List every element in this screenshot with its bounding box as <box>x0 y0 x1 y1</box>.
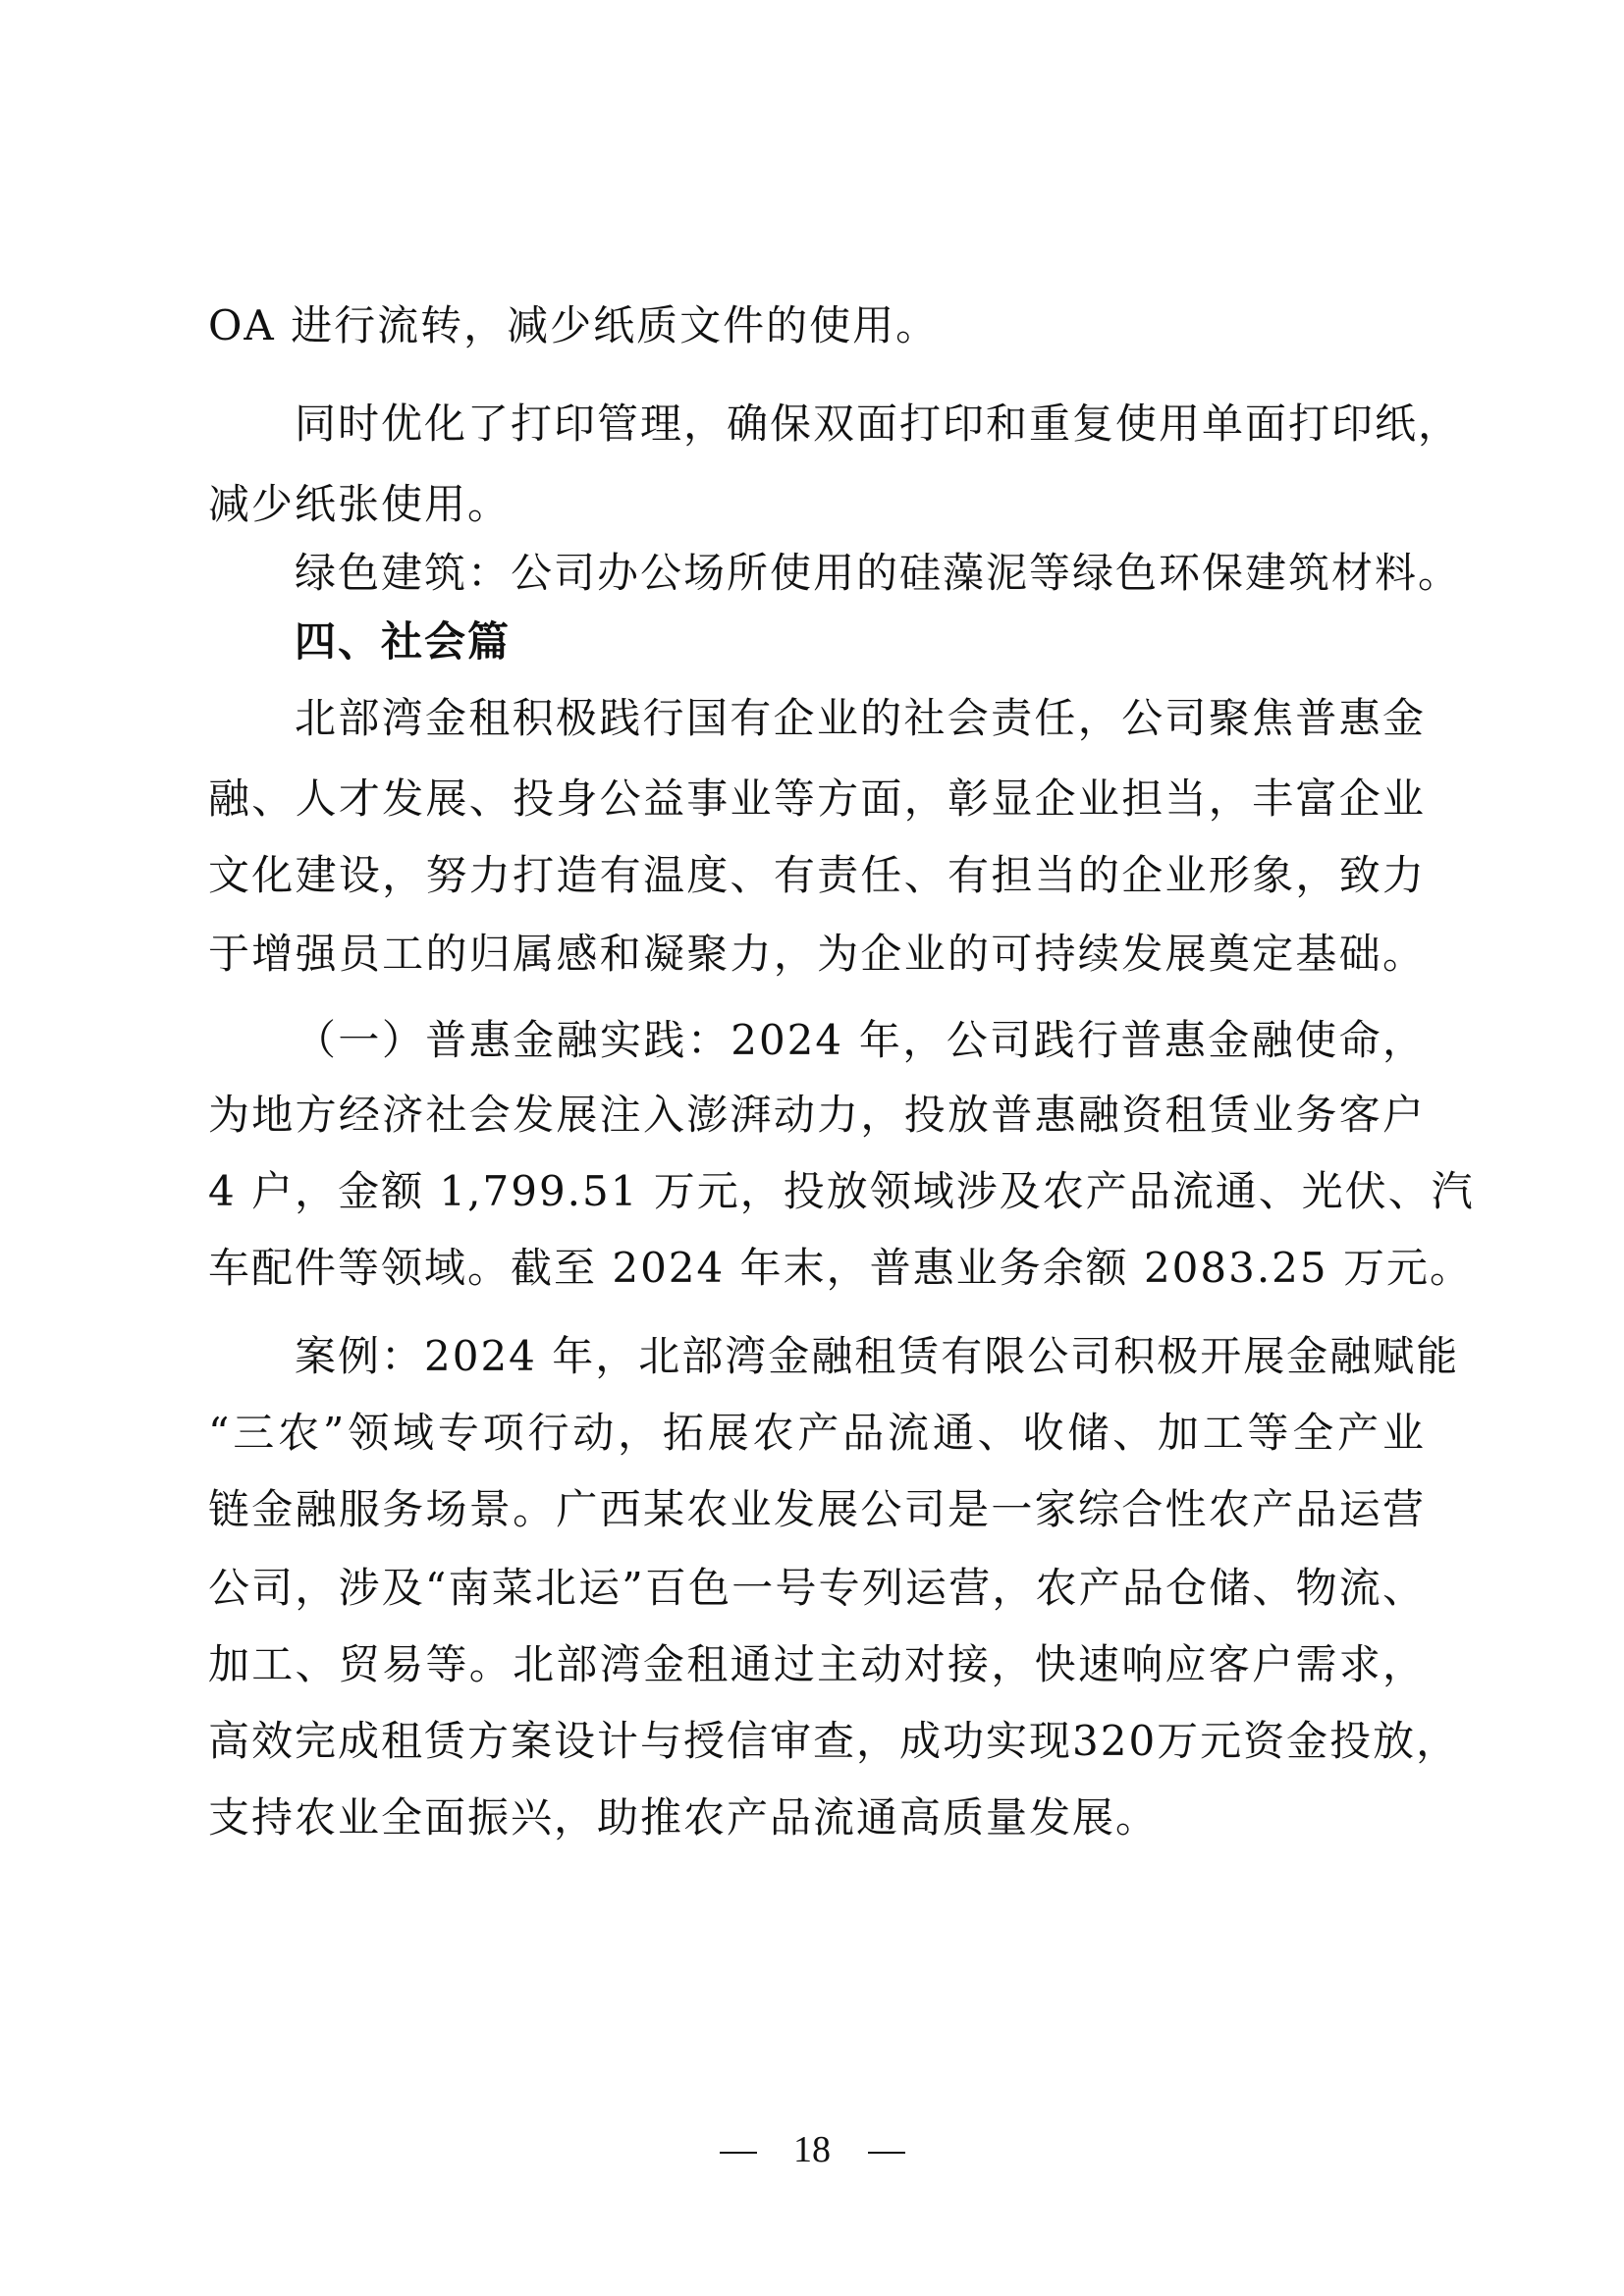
document-page: OA 进行流转，减少纸质文件的使用。同时优化了打印管理，确保双面打印和重复使用单… <box>0 0 1624 2296</box>
footer-dash-left <box>720 2152 757 2154</box>
footer-dash-right <box>868 2152 905 2154</box>
text-line: 支持农业全面振兴，助推农产品流通高质量发展。 <box>208 1790 1426 1845</box>
text-line: 为地方经济社会发展注入澎湃动力，投放普惠融资租赁业务客户 <box>208 1088 1426 1143</box>
text-line: 案例：2024 年，北部湾金融租赁有限公司积极开展金融赋能 <box>295 1329 1426 1384</box>
text-line: （一）普惠金融实践：2024 年，公司践行普惠金融使命， <box>295 1013 1426 1068</box>
text-line: 高效完成租赁方案设计与授信审查，成功实现320万元资金投放， <box>208 1714 1426 1769</box>
text-line: 文化建设，努力打造有温度、有责任、有担当的企业形象，致力 <box>208 848 1426 903</box>
text-line: 链金融服务场景。广西某农业发展公司是一家综合性农产品运营 <box>208 1482 1426 1537</box>
text-line: 于增强员工的归属感和凝聚力，为企业的可持续发展奠定基础。 <box>208 927 1426 982</box>
text-line: OA 进行流转，减少纸质文件的使用。 <box>208 298 1426 353</box>
text-line: 北部湾金租积极践行国有企业的社会责任，公司聚焦普惠金 <box>295 691 1426 746</box>
text-line: 绿色建筑：公司办公场所使用的硅藻泥等绿色环保建筑材料。 <box>295 546 1426 601</box>
text-line: 公司，涉及“南菜北运”百色一号专列运营，农产品仓储、物流、 <box>208 1561 1426 1616</box>
page-footer: 18 <box>0 2120 1624 2179</box>
text-line: 融、人才发展、投身公益事业等方面，彰显企业担当，丰富企业 <box>208 772 1426 827</box>
text-line: 同时优化了打印管理，确保双面打印和重复使用单面打印纸， <box>295 397 1426 452</box>
text-line: 加工、贸易等。北部湾金租通过主动对接，快速响应客户需求， <box>208 1637 1426 1692</box>
text-line: 4 户，金额 1,799.51 万元，投放领域涉及农产品流通、光伏、汽 <box>208 1164 1426 1219</box>
text-line: 减少纸张使用。 <box>208 477 1426 532</box>
page-number: 18 <box>793 2129 831 2170</box>
section-heading: 四、社会篇 <box>295 614 1426 669</box>
text-line: 车配件等领域。截至 2024 年末，普惠业务余额 2083.25 万元。 <box>208 1241 1426 1296</box>
text-line: “三农”领域专项行动，拓展农产品流通、收储、加工等全产业 <box>208 1406 1426 1461</box>
